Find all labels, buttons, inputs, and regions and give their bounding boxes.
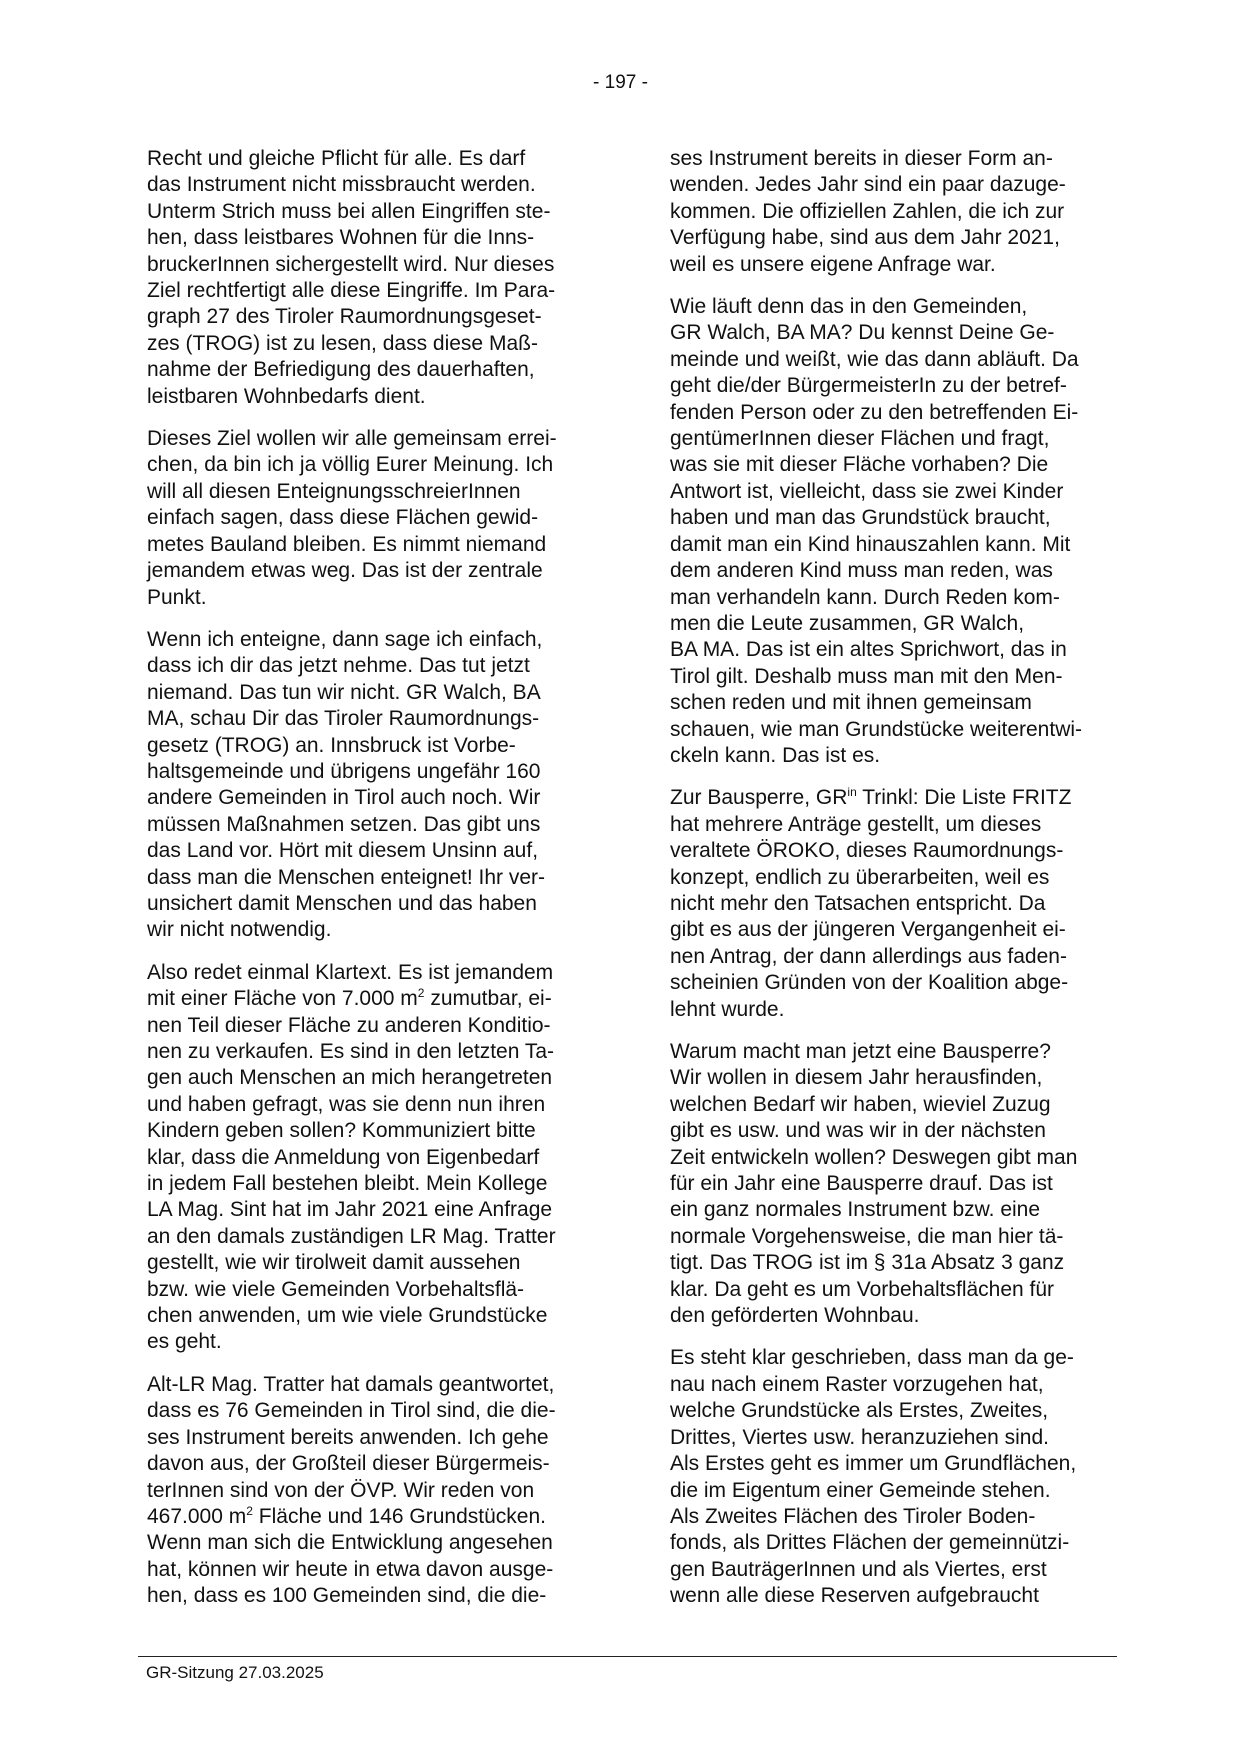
text-line: gibt es aus der jüngeren Vergangenheit e… (670, 917, 1130, 943)
text-line: Es steht klar geschrieben, dass man da g… (670, 1345, 1130, 1371)
text-line: metes Bauland bleiben. Es nimmt niemand (147, 532, 607, 558)
text-line: men die Leute zusammen, GR Walch, (670, 611, 1130, 637)
text-line: unsichert damit Menschen und das haben (147, 891, 607, 917)
text-line: man verhandeln kann. Durch Reden kom- (670, 585, 1130, 611)
text-line: meinde und weißt, wie das dann abläuft. … (670, 347, 1130, 373)
text-line: Warum macht man jetzt eine Bausperre? (670, 1039, 1130, 1065)
page-number: - 197 - (0, 72, 1241, 94)
paragraph: Es steht klar geschrieben, dass man da g… (670, 1345, 1130, 1609)
text-line: einfach sagen, dass diese Flächen gewid- (147, 505, 607, 531)
text-line: klar, dass die Anmeldung von Eigenbedarf (147, 1145, 607, 1171)
text-line: dass ich dir das jetzt nehme. Das tut je… (147, 653, 607, 679)
text-line: geht die/der BürgermeisterIn zu der betr… (670, 373, 1130, 399)
text-line: ckeln kann. Das ist es. (670, 743, 1130, 769)
text-line: niemand. Das tun wir nicht. GR Walch, BA (147, 680, 607, 706)
text-line: hat mehrere Anträge gestellt, um dieses (670, 812, 1130, 838)
text-line: an den damals zuständigen LR Mag. Tratte… (147, 1224, 607, 1250)
paragraph: Recht und gleiche Pflicht für alle. Es d… (147, 146, 607, 410)
paragraph: Warum macht man jetzt eine Bausperre?Wir… (670, 1039, 1130, 1329)
text-line: und haben gefragt, was sie denn nun ihre… (147, 1092, 607, 1118)
text-line: klar. Da geht es um Vorbehaltsflächen fü… (670, 1277, 1130, 1303)
text-line: hat, können wir heute in etwa davon ausg… (147, 1557, 607, 1583)
text-line: Wie läuft denn das in den Gemeinden, (670, 294, 1130, 320)
text-line: es geht. (147, 1329, 607, 1355)
text-line: nen Antrag, der dann allerdings aus fade… (670, 944, 1130, 970)
text-line: Kindern geben sollen? Kommuniziert bitte (147, 1118, 607, 1144)
text-line: Unterm Strich muss bei allen Eingriffen … (147, 199, 607, 225)
text-line: hen, dass es 100 Gemeinden sind, die die… (147, 1583, 607, 1609)
superscript: in (847, 785, 856, 799)
text-line: Verfügung habe, sind aus dem Jahr 2021, (670, 225, 1130, 251)
paragraph: Also redet einmal Klartext. Es ist jeman… (147, 960, 607, 1356)
text-line: dass man die Menschen enteignet! Ihr ver… (147, 865, 607, 891)
text-line: kommen. Die offiziellen Zahlen, die ich … (670, 199, 1130, 225)
superscript: 2 (246, 1504, 253, 1518)
text-line: wenden. Jedes Jahr sind ein paar dazuge- (670, 172, 1130, 198)
text-line: Also redet einmal Klartext. Es ist jeman… (147, 960, 607, 986)
text-line: bzw. wie viele Gemeinden Vorbehaltsflä- (147, 1277, 607, 1303)
text-line: 467.000 m2 Fläche und 146 Grundstücken. (147, 1504, 607, 1530)
text-line: gesetz (TROG) an. Innsbruck ist Vorbe- (147, 733, 607, 759)
text-line: für ein Jahr eine Bausperre drauf. Das i… (670, 1171, 1130, 1197)
text-line: welchen Bedarf wir haben, wieviel Zuzug (670, 1092, 1130, 1118)
text-line: Zeit entwickeln wollen? Deswegen gibt ma… (670, 1145, 1130, 1171)
text-line: scheinien Gründen von der Koalition abge… (670, 970, 1130, 996)
text-line: ein ganz normales Instrument bzw. eine (670, 1197, 1130, 1223)
text-line: damit man ein Kind hinauszahlen kann. Mi… (670, 532, 1130, 558)
text-line: MA, schau Dir das Tiroler Raumordnungs- (147, 706, 607, 732)
text-line: gestellt, wie wir tirolweit damit ausseh… (147, 1250, 607, 1276)
text-line: davon aus, der Großteil dieser Bürgermei… (147, 1451, 607, 1477)
text-line: das Instrument nicht missbraucht werden. (147, 172, 607, 198)
text-line: leistbaren Wohnbedarfs dient. (147, 384, 607, 410)
text-line: ses Instrument bereits in dieser Form an… (670, 146, 1130, 172)
text-line: schauen, wie man Grundstücke weiterentwi… (670, 717, 1130, 743)
left-column: Recht und gleiche Pflicht für alle. Es d… (147, 146, 607, 1626)
text-line: nen Teil dieser Fläche zu anderen Kondit… (147, 1013, 607, 1039)
text-line: zes (TROG) ist zu lesen, dass diese Maß- (147, 331, 607, 357)
text-line: Zur Bausperre, GRin Trinkl: Die Liste FR… (670, 785, 1130, 811)
paragraph: Zur Bausperre, GRin Trinkl: Die Liste FR… (670, 785, 1130, 1023)
text-line: nicht mehr den Tatsachen entspricht. Da (670, 891, 1130, 917)
text-line: gen BauträgerInnen und als Viertes, erst (670, 1557, 1130, 1583)
text-line: lehnt wurde. (670, 997, 1130, 1023)
text-line: wir nicht notwendig. (147, 917, 607, 943)
text-line: haltsgemeinde und übrigens ungefähr 160 (147, 759, 607, 785)
text-line: graph 27 des Tiroler Raumordnungsgeset- (147, 304, 607, 330)
text-line: wenn alle diese Reserven aufgebraucht (670, 1583, 1130, 1609)
text-line: in jedem Fall bestehen bleibt. Mein Koll… (147, 1171, 607, 1197)
text-line: mit einer Fläche von 7.000 m2 zumutbar, … (147, 986, 607, 1012)
text-line: Tirol gilt. Deshalb muss man mit den Men… (670, 664, 1130, 690)
text-line: haben und man das Grundstück braucht, (670, 505, 1130, 531)
paragraph: Wenn ich enteigne, dann sage ich einfach… (147, 627, 607, 944)
text-line: Wir wollen in diesem Jahr herausfinden, (670, 1065, 1130, 1091)
text-line: hen, dass leistbares Wohnen für die Inns… (147, 225, 607, 251)
text-line: nau nach einem Raster vorzugehen hat, (670, 1372, 1130, 1398)
text-line: was sie mit dieser Fläche vorhaben? Die (670, 452, 1130, 478)
paragraph: Dieses Ziel wollen wir alle gemeinsam er… (147, 426, 607, 611)
text-line: konzept, endlich zu überarbeiten, weil e… (670, 865, 1130, 891)
text-line: gibt es usw. und was wir in der nächsten (670, 1118, 1130, 1144)
text-line: LA Mag. Sint hat im Jahr 2021 eine Anfra… (147, 1197, 607, 1223)
text-line: dem anderen Kind muss man reden, was (670, 558, 1130, 584)
text-line: Als Erstes geht es immer um Grundflächen… (670, 1451, 1130, 1477)
text-line: gen auch Menschen an mich herangetreten (147, 1065, 607, 1091)
text-line: dass es 76 Gemeinden in Tirol sind, die … (147, 1398, 607, 1424)
footer-divider (138, 1656, 1117, 1657)
text-line: veraltete ÖROKO, dieses Raumordnungs- (670, 838, 1130, 864)
paragraph: Alt-LR Mag. Tratter hat damals geantwort… (147, 1372, 607, 1610)
text-line: Antwort ist, vielleicht, dass sie zwei K… (670, 479, 1130, 505)
text-line: Wenn ich enteigne, dann sage ich einfach… (147, 627, 607, 653)
paragraph: Wie läuft denn das in den Gemeinden,GR W… (670, 294, 1130, 769)
text-line: BA MA. Das ist ein altes Sprichwort, das… (670, 637, 1130, 663)
text-line: Drittes, Viertes usw. heranzuziehen sind… (670, 1425, 1130, 1451)
text-line: fenden Person oder zu den betreffenden E… (670, 400, 1130, 426)
text-line: normale Vorgehensweise, die man hier tä- (670, 1224, 1130, 1250)
text-line: chen, da bin ich ja völlig Eurer Meinung… (147, 452, 607, 478)
superscript: 2 (418, 986, 425, 1000)
text-line: ses Instrument bereits anwenden. Ich geh… (147, 1425, 607, 1451)
text-line: tigt. Das TROG ist im § 31a Absatz 3 gan… (670, 1250, 1130, 1276)
text-line: Alt-LR Mag. Tratter hat damals geantwort… (147, 1372, 607, 1398)
text-line: den geförderten Wohnbau. (670, 1303, 1130, 1329)
paragraph: ses Instrument bereits in dieser Form an… (670, 146, 1130, 278)
text-line: chen anwenden, um wie viele Grundstücke (147, 1303, 607, 1329)
text-line: andere Gemeinden in Tirol auch noch. Wir (147, 785, 607, 811)
text-line: weil es unsere eigene Anfrage war. (670, 252, 1130, 278)
text-line: Wenn man sich die Entwicklung angesehen (147, 1530, 607, 1556)
text-line: GR Walch, BA MA? Du kennst Deine Ge- (670, 320, 1130, 346)
text-line: die im Eigentum einer Gemeinde stehen. (670, 1478, 1130, 1504)
text-line: schen reden und mit ihnen gemeinsam (670, 690, 1130, 716)
text-line: gentümerInnen dieser Flächen und fragt, (670, 426, 1130, 452)
text-line: Punkt. (147, 585, 607, 611)
text-line: Recht und gleiche Pflicht für alle. Es d… (147, 146, 607, 172)
text-line: jemandem etwas weg. Das ist der zentrale (147, 558, 607, 584)
text-line: will all diesen EnteignungsschreierInnen (147, 479, 607, 505)
text-line: nahme der Befriedigung des dauerhaften, (147, 357, 607, 383)
text-line: müssen Maßnahmen setzen. Das gibt uns (147, 812, 607, 838)
right-column: ses Instrument bereits in dieser Form an… (670, 146, 1130, 1626)
text-line: Als Zweites Flächen des Tiroler Boden- (670, 1504, 1130, 1530)
text-line: fonds, als Drittes Flächen der gemeinnüt… (670, 1530, 1130, 1556)
text-line: nen zu verkaufen. Es sind in den letzten… (147, 1039, 607, 1065)
text-line: bruckerInnen sichergestellt wird. Nur di… (147, 252, 607, 278)
text-line: Ziel rechtfertigt alle diese Eingriffe. … (147, 278, 607, 304)
text-line: terInnen sind von der ÖVP. Wir reden von (147, 1478, 607, 1504)
text-line: das Land vor. Hört mit diesem Unsinn auf… (147, 838, 607, 864)
text-line: welche Grundstücke als Erstes, Zweites, (670, 1398, 1130, 1424)
text-line: Dieses Ziel wollen wir alle gemeinsam er… (147, 426, 607, 452)
footer-session-date: GR-Sitzung 27.03.2025 (146, 1663, 324, 1683)
